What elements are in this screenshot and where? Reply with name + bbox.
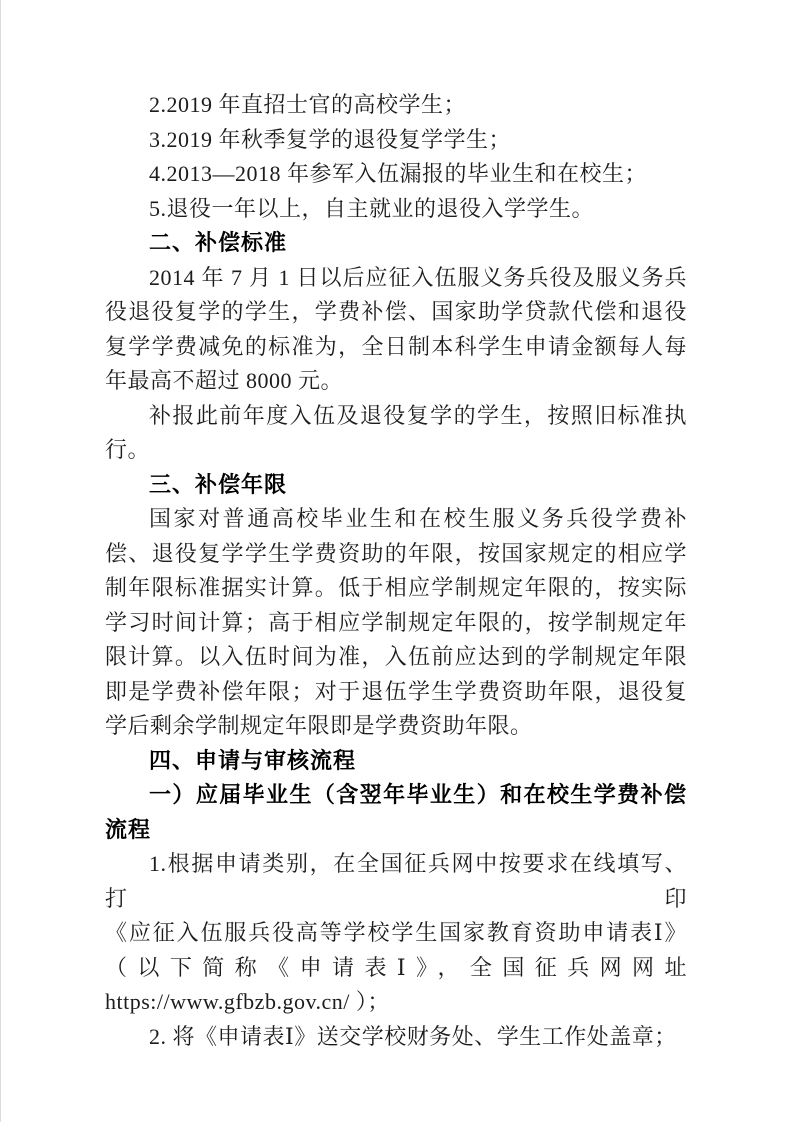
list-item-5: 5.退役一年以上，自主就业的退役入学学生。 bbox=[105, 192, 687, 227]
list-item-2: 2.2019 年直招士官的高校学生； bbox=[105, 88, 687, 123]
document-body: 2.2019 年直招士官的高校学生； 3.2019 年秋季复学的退役复学学生； … bbox=[105, 88, 687, 1054]
paragraph-step-1: 1.根据申请类别，在全国征兵网中按要求在线填写、打印《应征入伍服兵役高等学校学生… bbox=[105, 847, 687, 1020]
document-page: { "document": { "language": "zh-CN", "pa… bbox=[0, 0, 793, 1122]
paragraph-standard-2: 补报此前年度入伍及退役复学的学生，按照旧标准执行。 bbox=[105, 399, 687, 468]
section-heading-4: 四、申请与审核流程 bbox=[105, 744, 687, 779]
list-item-3: 3.2019 年秋季复学的退役复学学生； bbox=[105, 123, 687, 158]
list-item-4: 4.2013—2018 年参军入伍漏报的毕业生和在校生； bbox=[105, 157, 687, 192]
paragraph-years: 国家对普通高校毕业生和在校生服义务兵役学费补偿、退役复学学生学费资助的年限，按国… bbox=[105, 502, 687, 744]
sub-heading-process: 一）应届毕业生（含翌年毕业生）和在校生学费补偿流程 bbox=[105, 778, 687, 847]
section-heading-2: 二、补偿标准 bbox=[105, 226, 687, 261]
paragraph-step-2: 2. 将《申请表Ⅰ》送交学校财务处、学生工作处盖章； bbox=[105, 1020, 687, 1055]
section-heading-3: 三、补偿年限 bbox=[105, 468, 687, 503]
paragraph-standard-1: 2014 年 7 月 1 日以后应征入伍服义务兵役及服义务兵役退役复学的学生，学… bbox=[105, 261, 687, 399]
page-edge-line bbox=[0, 0, 1, 1122]
